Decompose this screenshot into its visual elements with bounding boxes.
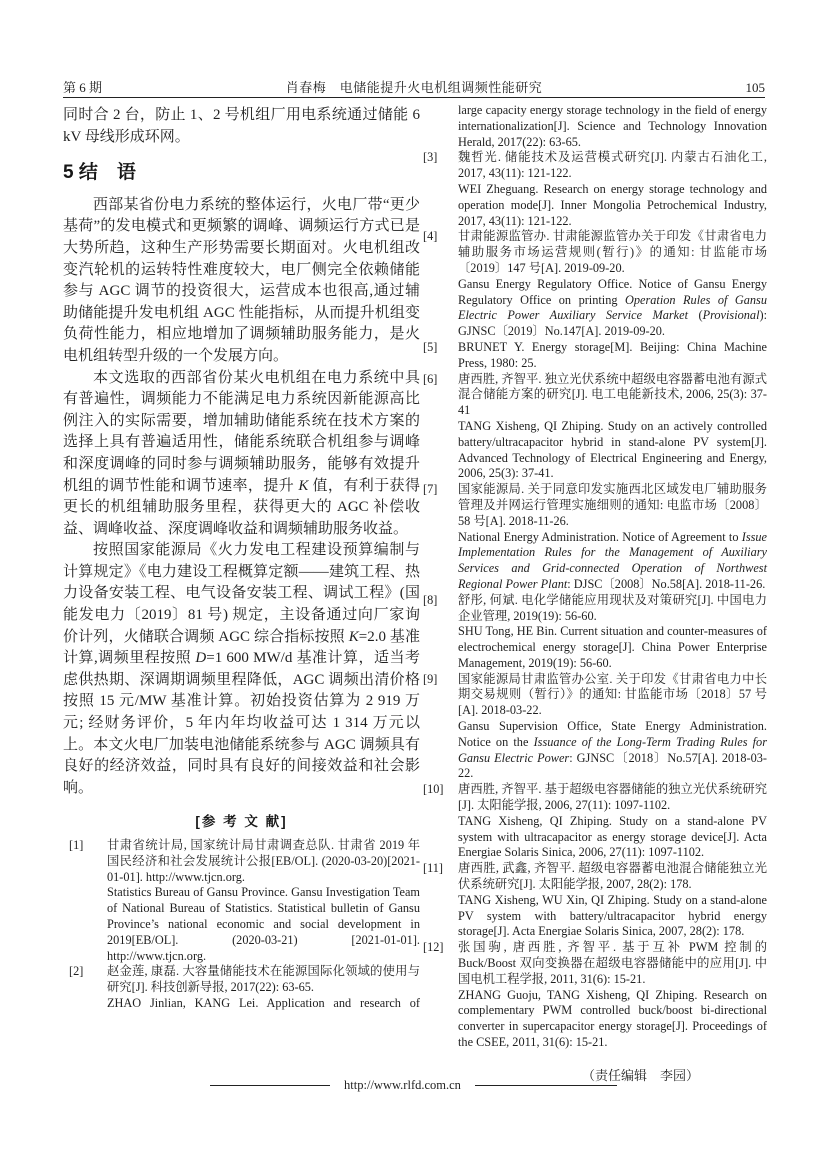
ref-text-en: National Energy Administration. Notice o… <box>458 530 767 593</box>
ref-text-cn: 国家能源局. 关于同意印发实施西北区域发电厂辅助服务管理及并网运行管理实施细则的… <box>458 482 767 529</box>
ref-text-en: ZHAO Jinlian, KANG Lei. Application and … <box>107 996 420 1012</box>
reference-item: [3]魏哲光. 储能技术及运营模式研究[J]. 内蒙古石油化工, 2017, 4… <box>423 150 767 229</box>
reference-item: [2]赵金莲, 康磊. 大容量储能技术在能源国际化领域的使用与研究[J]. 科技… <box>63 964 420 1011</box>
reference-item: [7]国家能源局. 关于同意印发实施西北区域发电厂辅助服务管理及并网运行管理实施… <box>423 482 767 593</box>
reference-item: [6]唐西胜, 齐智平. 独立光伏系统中超级电容器蓄电池有源式混合储能方案的研究… <box>423 372 767 483</box>
ref-number: [8] <box>423 593 437 609</box>
page-footer: http://www.rlfd.com.cn <box>0 1078 827 1093</box>
ref-text-en: TANG Xisheng, QI Zhiping. Study on an ac… <box>458 419 767 482</box>
ref-text-en: Statistics Bureau of Gansu Province. Gan… <box>107 885 420 964</box>
ref-text-cn: 魏哲光. 储能技术及运营模式研究[J]. 内蒙古石油化工, 2017, 43(1… <box>458 150 767 182</box>
page-header: 第 6 期 肖春梅 电储能提升火电机组调频性能研究 105 <box>63 77 765 96</box>
body-paragraph-3: 按照国家能源局《火力发电工程建设预算编制与计算规定》《电力建设工程概算定额——建… <box>63 540 420 799</box>
ref-number: [4] <box>423 229 437 245</box>
header-rule <box>63 97 765 98</box>
ref-text-en: TANG Xisheng, QI Zhiping. Study on a sta… <box>458 814 767 861</box>
ref-text-cn: 国家能源局甘肃监管办公室. 关于印发《甘肃省电力中长期交易规则（暂行）》的通知:… <box>458 672 767 719</box>
ref-text-cn: 唐西胜, 齐智平. 独立光伏系统中超级电容器蓄电池有源式混合储能方案的研究[J]… <box>458 372 767 419</box>
ref-text-en: ZHANG Guoju, TANG Xisheng, QI Zhiping. R… <box>458 988 767 1051</box>
references-list-left: [1]甘肃省统计局, 国家统计局甘肃调查总队. 甘肃省 2019 年国民经济和社… <box>63 838 420 1012</box>
page-number: 105 <box>542 80 765 96</box>
reference-carryover: large capacity energy storage technology… <box>423 103 767 150</box>
ref-number: [10] <box>423 782 444 798</box>
ref-number: [9] <box>423 672 437 688</box>
ref-text-cn: 甘肃能源监管办. 甘肃能源监管办关于印发《甘肃省电力辅助服务市场运营规则(暂行)… <box>458 229 767 276</box>
section-heading: 5 结 语 <box>63 162 420 184</box>
ref-number: [12] <box>423 940 444 956</box>
reference-item: [1]甘肃省统计局, 国家统计局甘肃调查总队. 甘肃省 2019 年国民经济和社… <box>63 838 420 964</box>
carryover-paragraph: 同时合 2 台，防止 1、2 号机组厂用电系统通过储能 6 kV 母线形成环网。 <box>63 105 420 148</box>
ref-number: [11] <box>423 861 443 877</box>
reference-item: [11]唐西胜, 武鑫, 齐智平. 超级电容器蓄电池混合储能独立光伏系统研究[J… <box>423 861 767 940</box>
right-column: large capacity energy storage technology… <box>423 103 767 1084</box>
reference-item: [8]舒彤, 何斌. 电化学储能应用现状及对策研究[J]. 中国电力企业管理, … <box>423 593 767 672</box>
reference-item: [10]唐西胜, 齐智平. 基于超级电容器储能的独立光伏系统研究[J]. 太阳能… <box>423 782 767 861</box>
ref-text-cn: 赵金莲, 康磊. 大容量储能技术在能源国际化领域的使用与研究[J]. 科技创新导… <box>107 964 420 996</box>
reference-item: [12]张国驹, 唐西胜, 齐智平. 基于互补 PWM 控制的 Buck/Boo… <box>423 940 767 1051</box>
footer-rule-left <box>210 1085 330 1086</box>
ref-text-cn: 唐西胜, 武鑫, 齐智平. 超级电容器蓄电池混合储能独立光伏系统研究[J]. 太… <box>458 861 767 893</box>
ref-text-cn: 舒彤, 何斌. 电化学储能应用现状及对策研究[J]. 中国电力企业管理, 201… <box>458 593 767 625</box>
ref-text-en: SHU Tong, HE Bin. Current situation and … <box>458 624 767 671</box>
body-paragraph-1: 西部某省份电力系统的整体运行，火电厂带“更少基荷”的发电模式和更频繁的调峰、调频… <box>63 195 420 368</box>
running-title: 肖春梅 电储能提升火电机组调频性能研究 <box>286 77 543 96</box>
ref-number: [1] <box>69 838 83 854</box>
reference-item: [5]BRUNET Y. Energy storage[M]. Beijing:… <box>423 340 767 372</box>
ref-text-cn: BRUNET Y. Energy storage[M]. Beijing: Ch… <box>458 340 767 372</box>
reference-item: [9]国家能源局甘肃监管办公室. 关于印发《甘肃省电力中长期交易规则（暂行）》的… <box>423 672 767 783</box>
footer-url: http://www.rlfd.com.cn <box>344 1078 461 1093</box>
ref-text-en: Gansu Energy Regulatory Office. Notice o… <box>458 277 767 340</box>
ref-number: [6] <box>423 372 437 388</box>
issue-label: 第 6 期 <box>63 77 286 96</box>
ref-text-cn: 张国驹, 唐西胜, 齐智平. 基于互补 PWM 控制的 Buck/Boost 双… <box>458 940 767 987</box>
footer-rule-right <box>475 1085 617 1086</box>
ref-number: [7] <box>423 482 437 498</box>
ref-text-en: WEI Zheguang. Research on energy storage… <box>458 182 767 229</box>
body-paragraph-2: 本文选取的西部省份某火电机组在电力系统中具有普遍性，调频能力不能满足电力系统因新… <box>63 368 420 541</box>
ref-number: [3] <box>423 150 437 166</box>
ref-text-cn: 唐西胜, 齐智平. 基于超级电容器储能的独立光伏系统研究[J]. 太阳能学报, … <box>458 782 767 814</box>
references-list-right: [3]魏哲光. 储能技术及运营模式研究[J]. 内蒙古石油化工, 2017, 4… <box>423 150 767 1050</box>
reference-item: [4]甘肃能源监管办. 甘肃能源监管办关于印发《甘肃省电力辅助服务市场运营规则(… <box>423 229 767 340</box>
left-column: 同时合 2 台，防止 1、2 号机组厂用电系统通过储能 6 kV 母线形成环网。… <box>63 105 420 1012</box>
ref-number: [5] <box>423 340 437 356</box>
ref-text-cn: 甘肃省统计局, 国家统计局甘肃调查总队. 甘肃省 2019 年国民经济和社会发展… <box>107 838 420 885</box>
ref-text-en: TANG Xisheng, WU Xin, QI Zhiping. Study … <box>458 893 767 940</box>
ref-text-en: Gansu Supervision Office, State Energy A… <box>458 719 767 782</box>
ref-number: [2] <box>69 964 83 980</box>
references-heading: [参 考 文 献] <box>63 811 420 833</box>
